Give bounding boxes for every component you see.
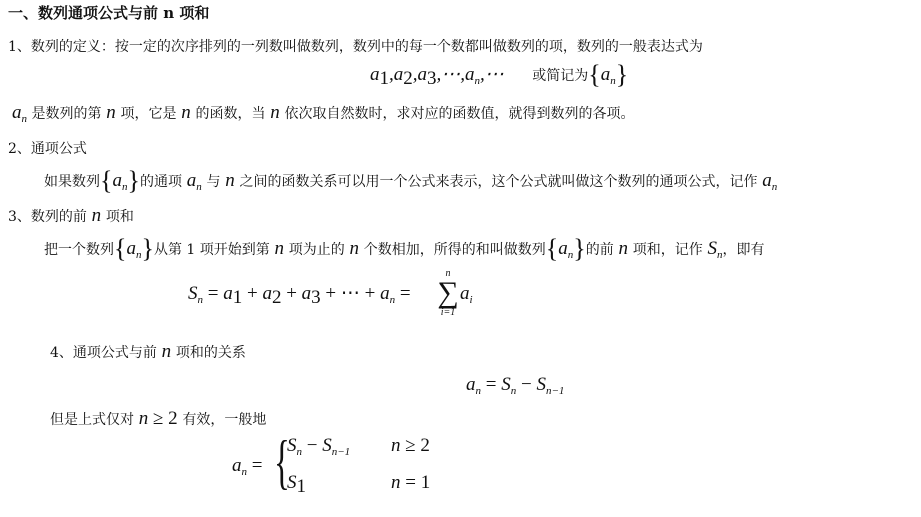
section-3-heading: 3、数列的前 n 项和 [8,207,134,226]
partial-sum-formula: Sn = a1 + a2 + a3 + ⋯ + an = [188,285,411,304]
section-4-heading: 4、通项公式与前 n 项和的关系 [50,343,246,362]
piecewise-lhs: an = [232,457,262,476]
section-3-text: 把一个数列{an}从第 1 项开始到第 n 项为止的 n 个数相加，所得的和叫做… [44,240,765,259]
section-1-general-form-formula: a1,a2,a3,⋯,an,⋯ 或简记为{an} [370,66,628,85]
section-2-heading: 2、通项公式 [8,140,87,158]
summation-term: ai [460,285,473,304]
page-title: 一、数列通项公式与前 n 项和 [8,4,209,22]
piecewise-case-1: Sn − Sn−1 n ≥ 2 [287,437,350,456]
section-2-text: 如果数列{an}的通项 an 与 n 之间的函数关系可以用一个公式来表示，这个公… [44,172,777,191]
relation-formula: an = Sn − Sn−1 [466,376,564,395]
section-4-condition-text: 但是上式仅对 n ≥ 2 有效，一般地 [50,410,266,429]
piecewise-case-2: S1 n = 1 [287,474,306,493]
section-1-explanation: an 是数列的第 n 项，它是 n 的函数，当 n 依次取自然数时，求对应的函数… [12,104,634,123]
summation-symbol: n ∑ i=1 [436,269,460,319]
section-1-definition: 1、数列的定义：按一定的次序排列的一列数叫做数列，数列中的每一个数都叫做数列的项… [8,38,703,56]
